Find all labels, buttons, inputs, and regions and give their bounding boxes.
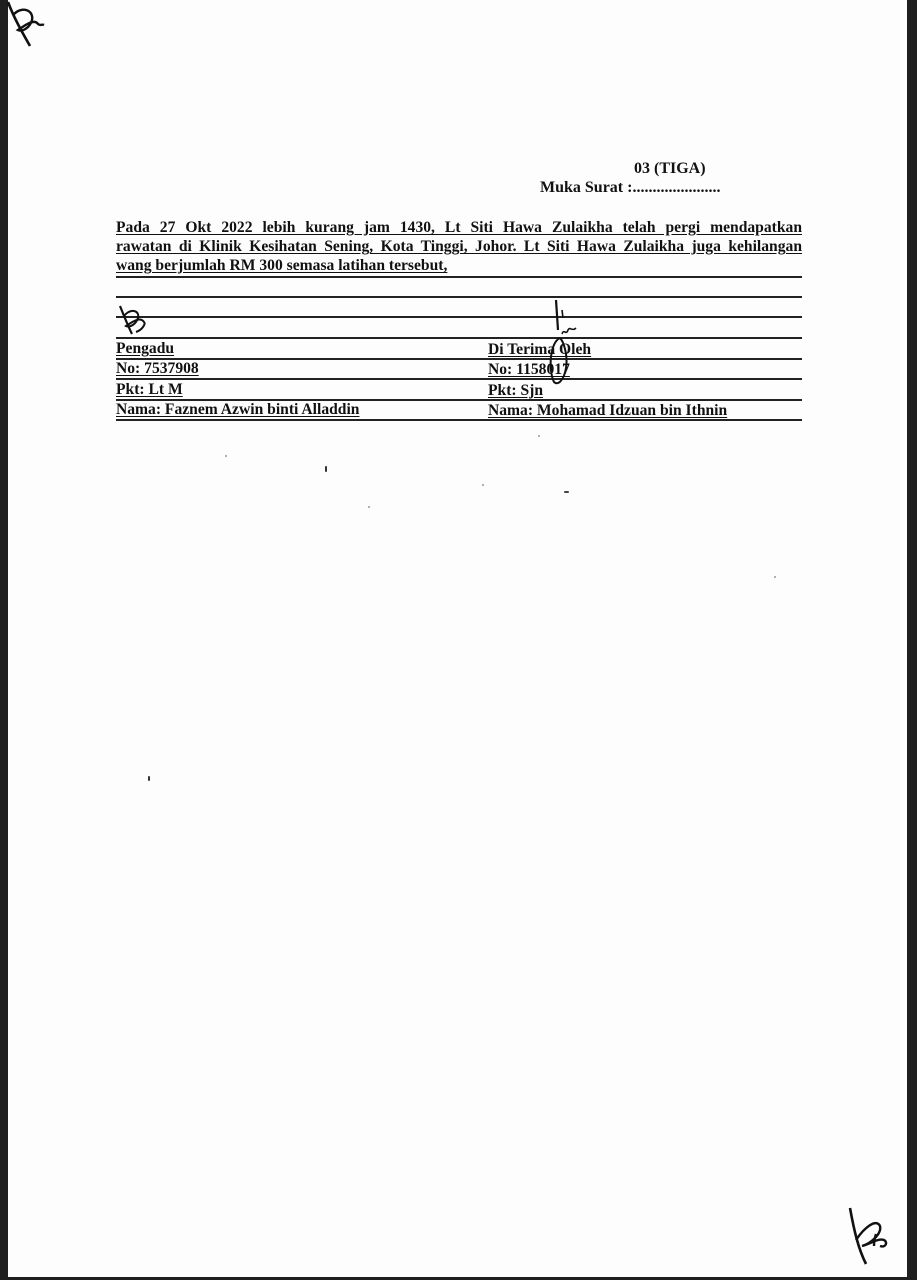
paragraph-line: Pada 27 Okt 2022 lebih kurang jam 1430, … [116,218,802,237]
receiver-number: No: 1158017 [488,361,570,379]
scan-speck [225,455,227,457]
report-document: 03 (TIGA) Muka Surat :..................… [8,0,907,1277]
receiver-heading: Di Terima Oleh [488,341,591,359]
ruled-line [116,378,802,380]
initial-signature-top-left-icon [4,0,54,55]
paragraph-line: rawatan di Klinik Kesihatan Sening, Kota… [116,237,802,256]
scan-speck [325,466,327,472]
ruled-line [116,358,802,360]
document-page: 03 (TIGA) Muka Surat :..................… [8,0,907,1277]
report-paragraph: Pada 27 Okt 2022 lebih kurang jam 1430, … [116,218,802,275]
scan-speck [148,776,150,781]
scan-speck [538,435,540,437]
initial-signature-bottom-right-icon [844,1200,904,1270]
scan-speck [482,484,484,486]
ruled-line [116,276,802,278]
receiver-name: Nama: Mohamad Idzuan bin Ithnin [488,402,727,420]
page-label: Muka Surat :...................... [540,179,720,197]
scan-speck [774,576,776,578]
complainant-signature-icon [116,302,156,338]
page-number: 03 (TIGA) [634,160,706,178]
ruled-line [116,316,802,318]
complainant-rank: Pkt: Lt M [116,381,183,399]
complainant-number: No: 7537908 [116,360,199,378]
complainant-heading: Pengadu [116,340,174,358]
ruled-line [116,337,802,339]
receiver-rank: Pkt: Sjn [488,382,543,400]
complainant-name: Nama: Faznem Azwin binti Alladdin [116,401,359,419]
ruled-line [116,296,802,298]
scan-speck [368,506,370,508]
scan-speck [564,491,569,493]
paragraph-line: wang berjumlah RM 300 semasa latihan ter… [116,256,802,275]
